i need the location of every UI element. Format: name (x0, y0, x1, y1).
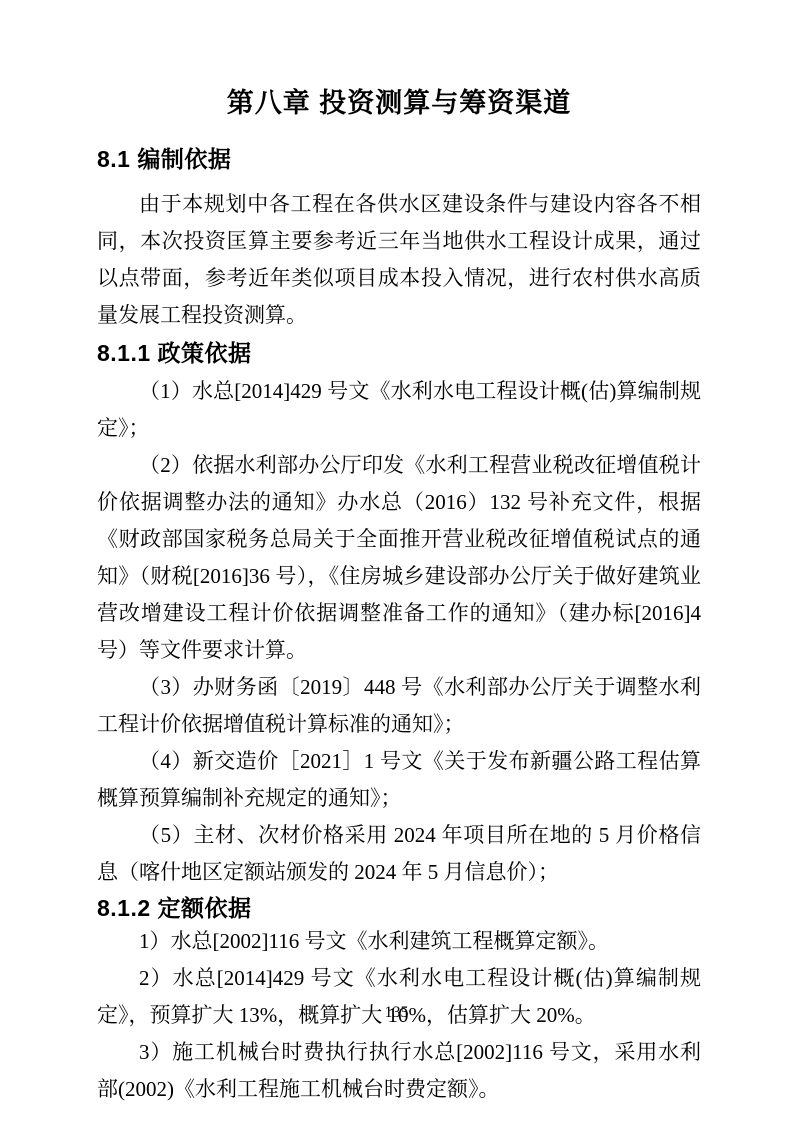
paragraph: 3）施工机械台时费执行执行水总[2002]116 号文，采用水利部(2002)《… (97, 1034, 701, 1108)
paragraph: 由于本规划中各工程在各供水区建设条件与建设内容各不相同，本次投资匡算主要参考近三… (97, 186, 701, 334)
page-number: 135 (0, 1003, 793, 1023)
section-heading-8-1: 8.1 编制依据 (97, 144, 701, 174)
paragraph: （5）主材、次材价格采用 2024 年项目所在地的 5 月价格信息（喀什地区定额… (97, 817, 701, 891)
paragraph: 1）水总[2002]116 号文《水利建筑工程概算定额》。 (97, 923, 701, 960)
chapter-title: 第八章 投资测算与筹资渠道 (97, 86, 701, 120)
document-page: 第八章 投资测算与筹资渠道 8.1 编制依据 由于本规划中各工程在各供水区建设条… (0, 0, 793, 1122)
paragraph: （1）水总[2014]429 号文《水利水电工程设计概(估)算编制规定》； (97, 373, 701, 447)
section-heading-8-1-2: 8.1.2 定额依据 (97, 893, 701, 923)
paragraph: （3）办财务函〔2019〕448 号《水利部办公厅关于调整水利工程计价依据增值税… (97, 669, 701, 743)
paragraph: （2）依据水利部办公厅印发《水利工程营业税改征增值税计价依据调整办法的通知》办水… (97, 447, 701, 669)
paragraph: （4）新交造价［2021］1 号文《关于发布新疆公路工程估算概算预算编制补充规定… (97, 743, 701, 817)
section-heading-8-1-1: 8.1.1 政策依据 (97, 338, 701, 368)
page-content: 第八章 投资测算与筹资渠道 8.1 编制依据 由于本规划中各工程在各供水区建设条… (97, 0, 701, 1108)
